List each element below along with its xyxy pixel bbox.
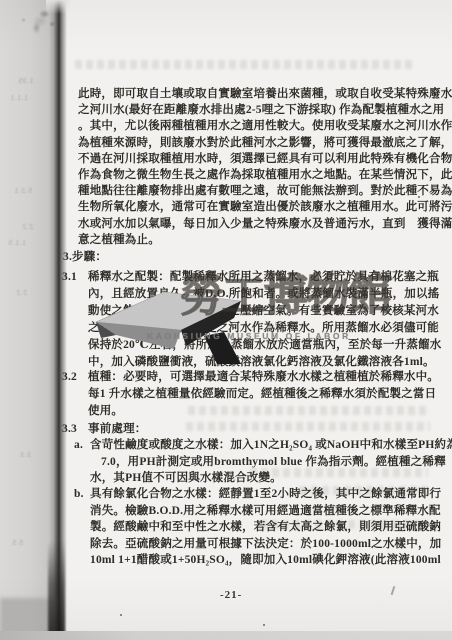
text-line: 之河川水(最好在距離廢水排出處2-5哩之下游採取) 作為配製植種水之用	[78, 102, 452, 118]
item-3-2: 3.2植種：必要時，可選擇最適合某特殊廢水水樣之植種植於稀釋水中。 每1 升水樣…	[62, 369, 439, 420]
scan-speck	[263, 624, 265, 626]
text-line: 每1 升水樣之植種量依經驗而定。經植種後之稀釋水須於配製之當日	[62, 386, 439, 403]
bleedthrough-note: 5.5	[12, 540, 23, 547]
bleedthrough-row	[186, 422, 430, 431]
paragraph-continued: 此時，即可取自土壤或取自實驗室培養出來菌種，或取自收受某特殊廢水 之河川水(最好…	[78, 86, 452, 248]
bleedthrough-note: 1.35	[18, 78, 34, 85]
text-line: 水或河水加以氣曝，每日加入少量之特殊廢水及普通污水，直到 獲得滿	[78, 216, 452, 232]
bleedthrough-row	[75, 60, 415, 69]
subitem-letter: b.	[74, 486, 90, 503]
text-line: 作為食物之微生物生長之處作為採取植種用水之地點。在某些情況下，此	[78, 167, 452, 183]
subitem-letter: a.	[74, 437, 90, 454]
text-line: b.具有餘氯化合物之水樣：經靜置1至2小時之後，其中之餘氯通常即行	[74, 486, 441, 503]
subitem-a: a.含苛性鹼度或酸度之水樣：加入1N之H₂SO₄ 或NaOH中和水樣至PH約為 …	[74, 437, 452, 487]
scan-speck	[418, 196, 420, 198]
scan-speck	[436, 96, 438, 99]
section-3-heading: 3.步驟：	[63, 249, 107, 265]
bleedthrough-note: 1.1.5	[8, 240, 26, 247]
text-line: 生物所氧化廢水，通常可在實驗室造出優於該廢水之植種用水。此可將污	[78, 199, 452, 215]
section-number: 3.	[63, 251, 72, 263]
bleedthrough-note: 3.3	[20, 452, 31, 459]
edge-bottom-shadow	[48, 540, 65, 636]
text-line: 此時，即可取自土壤或取自實驗室培養出來菌種，或取自收受某特殊廢水	[78, 86, 452, 102]
subitem-b: b.具有餘氯化合物之水樣：經靜置1至2小時之後，其中之餘氯通常即行 消失。檢驗B…	[74, 486, 441, 569]
text-line: a.含苛性鹼度或酸度之水樣：加入1N之H₂SO₄ 或NaOH中和水樣至PH約為	[74, 437, 452, 454]
text-line: 7.0，用PH計測定或用bromthymol blue 作為指示劑。經植種之稀釋	[74, 454, 452, 471]
text-line: 為植種來源時，則該廢水對於此種河水之影響，將可獲得最澈底之了解，	[78, 135, 452, 151]
text-line: 消失。檢驗B.O.D.用之稀釋水樣可用經過適當植種後之標準稀釋水配	[74, 503, 441, 520]
bleedthrough-note: 1.1.1	[10, 95, 28, 102]
text-line: 不過在河川採取種植用水時，須選擇已經具有可以利用此特殊有機化合物	[78, 151, 452, 167]
item-text: 植種：必要時，可選擇最適合某特殊廢水水樣之植種植於稀釋水中。	[88, 371, 439, 383]
text-line: 製。經酸鹼中和至中性之水樣，若含有太高之餘氯，則須用亞硫酸鈉	[74, 519, 441, 536]
scan-stain	[8, 2, 60, 42]
item-number: 3.3	[62, 421, 88, 438]
text-line: 種地點往往離廢物排出處有數哩之遠，故可能無法辦到。對於此種不易為	[78, 183, 452, 199]
item-number: 3.2	[62, 369, 88, 386]
text-line: 意之植種為止。	[78, 232, 452, 248]
text-line: 除去。亞硫酸鈉之用量可根據下法決定：於100-1000ml之水樣中，加	[74, 536, 441, 553]
watermark-en-text: KAOHSIUNG MUSEUM OF LABOR	[147, 331, 351, 341]
bleedthrough-note: 5.2.1	[14, 188, 32, 195]
section-title: 步驟：	[72, 251, 107, 263]
page-bottom-edge	[0, 631, 452, 640]
item-title: 事前處理：	[88, 423, 147, 435]
text-line: 使用。	[62, 403, 439, 420]
text-line: 10ml 1+1醋酸或1+50H₂SO₄，隨即加入10ml碘化鉀溶液(此溶液10…	[74, 552, 441, 569]
item-number: 3.1	[62, 269, 88, 286]
text-line: 。其中，尤以後兩種植種用水之適用性較大。使用收受某廢水之河川水作	[78, 118, 452, 134]
page-number: -21-	[220, 589, 242, 601]
bleedthrough-note: 2.2	[22, 224, 33, 231]
pen-mark	[391, 586, 395, 595]
text-line: 3.2植種：必要時，可選擇最適合某特殊廢水水樣之植種植於稀釋水中。	[62, 369, 439, 386]
bleedthrough-note: 2.2	[16, 290, 27, 297]
scanned-document-page: 1.35 1.1.1 5.2.1 2.2 1.1.5 2.2 3.3 5.5 此…	[0, 0, 452, 640]
text-line: 水，其PH值不可因與水樣混合改變。	[74, 470, 452, 487]
item-3-3-heading: 3.3事前處理：	[62, 421, 147, 438]
scan-speck	[120, 614, 122, 616]
item-text: 含苛性鹼度或酸度之水樣：加入1N之H₂SO₄ 或NaOH中和水樣至PH約為	[90, 439, 452, 451]
item-text: 具有餘氯化合物之水樣：經靜置1至2小時之後，其中之餘氯通常即行	[90, 488, 441, 500]
watermark-cjk-text: 勞工博物館	[180, 273, 440, 319]
